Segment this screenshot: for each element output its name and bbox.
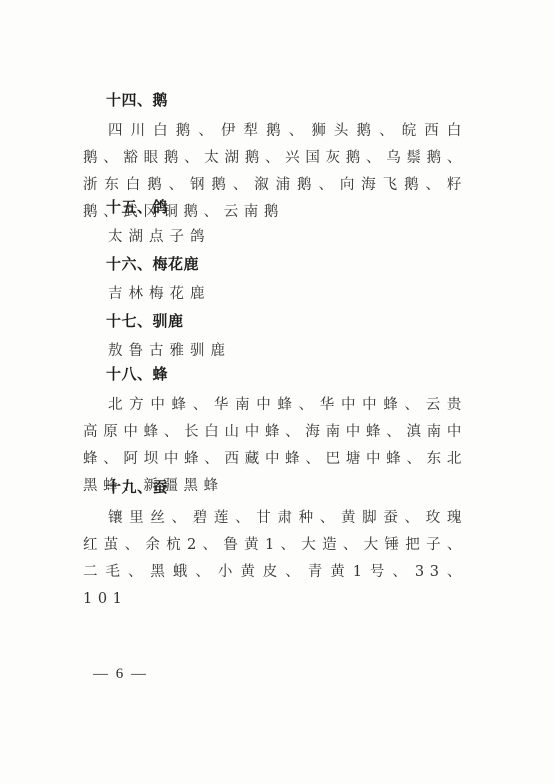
page-number: — 6 — xyxy=(93,666,148,683)
section-body: 敖鲁古雅驯鹿 xyxy=(83,338,467,365)
section-body: 太湖点子鸽 xyxy=(83,224,467,251)
section-heading: 十五、鸽 xyxy=(83,197,467,217)
section-sika-deer: 十六、梅花鹿 吉林梅花鹿 xyxy=(83,254,467,308)
section-heading: 十九、蚕 xyxy=(83,477,467,497)
section-reindeer: 十七、驯鹿 敖鲁古雅驯鹿 xyxy=(83,311,467,365)
section-silkworms: 十九、蚕 镶里丝、碧莲、甘肃种、黄脚蚕、玫瑰红茧、余杭2、鲁黄1、大造、大锤把子… xyxy=(83,477,467,613)
section-heading: 十七、驯鹿 xyxy=(83,311,467,331)
section-pigeons: 十五、鸽 太湖点子鸽 xyxy=(83,197,467,251)
section-heading: 十八、蜂 xyxy=(83,364,467,384)
document-page: 十四、鹅 四川白鹅、伊犁鹅、狮头鹅、皖西白鹅、豁眼鹅、太湖鹅、兴国灰鹅、乌鬃鹅、… xyxy=(0,0,554,784)
section-body: 镶里丝、碧莲、甘肃种、黄脚蚕、玫瑰红茧、余杭2、鲁黄1、大造、大锤把子、二毛、黑… xyxy=(83,505,467,613)
section-heading: 十六、梅花鹿 xyxy=(83,254,467,274)
section-heading: 十四、鹅 xyxy=(83,90,467,110)
section-body: 吉林梅花鹿 xyxy=(83,281,467,308)
